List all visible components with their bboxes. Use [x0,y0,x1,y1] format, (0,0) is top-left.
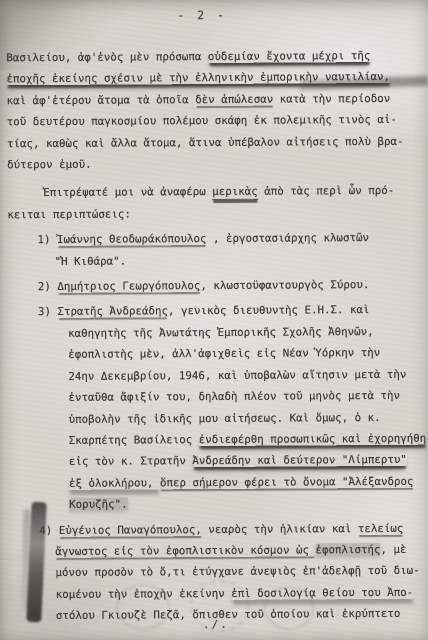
text-line: δύτερον ἐμοῦ. [7,152,423,176]
page-number: - 2 - [0,7,406,23]
text-line: καὶ ἀφ'ἑτέρου ἄτομα τὰ ὁποῖα δὲν ἀπώλεσα… [7,88,423,112]
text-line: τίας, καθὼς καὶ ἄλλα ἄτομα, ἅτινα ὑπέβαλ… [7,130,423,154]
document-body: Βασιλείου, ἀφ'ἑνὸς μὲν πρόσωπα οὐδεμίαν … [6,45,426,627]
text-line: ἐνταῦθα ἄφιξίν του, δηλαδὴ πλέον τοῦ μην… [8,385,424,409]
pencil-marked-text: Ἰωάννης Θεοδωράκόπουλος [57,232,207,246]
text-segment: τίας, καθὼς καὶ ἄλλα ἄτομα, ἅτινα ὑπέβαλ… [7,134,404,149]
text-segment: κατὰ τὴν περίοδον [273,92,390,106]
pencil-marked-text: ἄγνωστος εἰς τὸν ἐφοπλιστικὸν κόσμον ὡς [55,543,315,558]
text-segment: τοῦ δευτέρου παγκοσμίου πολέμου σκάφη ἐκ… [7,113,397,128]
text-segment: ἐφοπλιστὴς μὲν, ἀλλ'ἀφιχθεὶς εἰς Νέαν Ὑό… [68,346,380,361]
text-segment: , ἐργοστασιάρχης κλωστῶν [206,231,369,245]
text-line: μόνον προσὸν τὸ ὅ,τι ἐτύγχανε ἀνεψιὸς ἐπ… [9,560,425,584]
pencil-marked-text: Δημήτριος Γεωργόπουλος [57,279,200,293]
text-segment: εἰς τὸν κ. Στρατῆν [69,454,193,468]
text-segment: ἀπὸ τὰς περὶ ὧν πρό- [258,184,395,198]
text-line: Κορυζῆς". [9,492,425,516]
pencil-marked-text: Εὐγένιος Παναγόπουλος, [59,523,202,537]
text-line: καθηγητὴς τῆς Ἀνωτάτης Ἐμπορικῆς Σχολῆς … [8,321,424,345]
pencil-marked-text: Κορυζῆς". [69,498,128,511]
text-segment: καὶ ἀφ'ἑτέρου ἄτομα τὰ ὁποῖα [7,93,196,107]
text-segment: 24ην Δεκεμβρίου, 1946, καὶ ὑποβαλὼν αἴτη… [68,368,406,383]
text-segment: κειται περιπτώσεις: [7,207,131,221]
text-line: κειται περιπτώσεις: [7,202,423,226]
pencil-marked-text: οὐδεμίαν ἔχοντα μέχρι τῆς [208,49,371,63]
text-segment: "Ἡ Κιθάρα". [55,254,127,267]
text-line: ἐποχῆς ἐκείνης σχέσιν μὲ τὴν ἑλληνικὴν ἐ… [6,66,422,90]
text-segment: Σκαρπέτης Βασίλειος [69,433,199,447]
text-line: ἐξ ὁλοκλήρου, ὅπερ σήμερον φέρει τὸ ὄνομ… [9,470,425,494]
text-line: Βασιλείου, ἀφ'ἑνὸς μὲν πρόσωπα οὐδεμίαν … [6,45,422,69]
pencil-marked-text: δὲν ἀπώλεσαν [195,92,273,105]
text-line: τοῦ δευτέρου παγκοσμίου πολέμου σκάφη ἐκ… [7,109,423,133]
text-segment: δύτερον ἐμοῦ. [7,158,92,172]
text-line: "Ἡ Κιθάρα". [8,248,424,272]
pencil-marked-text: ἐφοπλιστής [315,543,380,556]
text-segment: , γενικὸς διευθυντὴς Ε.Η.Σ. καὶ [168,304,370,318]
pencil-marked-text: τελείως [358,521,404,534]
pencil-marked-text: Ἀνδρεάδην καὶ δεύτερον "Λίμπερτυ" [192,453,407,467]
pencil-marked-text: ἐπὶ δοσιλογίᾳ θείου του Ἀπο- [231,586,413,600]
text-line: ὑποβολὴν τῆς ἰδικῆς μου αἰτήσεως. Καὶ ὅμ… [9,406,425,430]
text-line: 4) Εὐγένιος Παναγόπουλος, νεαρὸς τὴν ἡλι… [9,517,425,541]
paper-sheet: - 2 - Βασιλείου, ἀφ'ἑνὸς μὲν πρόσωπα οὐδ… [0,0,428,640]
document-content: - 2 - Βασιλείου, ἀφ'ἑνὸς μὲν πρόσωπα οὐδ… [0,0,428,640]
text-line: εἰς τὸν κ. Στρατῆν Ἀνδρεάδην καὶ δεύτερο… [9,449,425,473]
text-segment: καθηγητὴς τῆς Ἀνωτάτης Ἐμπορικῆς Σχολῆς … [68,325,374,340]
text-segment: μόνον προσὸν τὸ ὅ,τι ἐτύγχανε ἀνεψιὸς ἐπ… [56,564,420,579]
text-segment: 2) [38,280,58,293]
text-line: 3) Στρατῆς Ἀνδρεάδης, γενικὸς διευθυντὴς… [8,299,424,323]
pencil-marked-text: μερικὰς [212,185,258,200]
text-line: κομένου τὴν ἐποχὴν ἐκείνην ἐπὶ δοσιλογίᾳ… [10,581,426,605]
text-line: 24ην Δεκεμβρίου, 1946, καὶ ὑποβαλὼν αἴτη… [8,363,424,387]
text-line: 2) Δημήτριος Γεωργόπουλος, κλωστοϋφαντου… [8,274,424,298]
text-line: 1) Ἰωάννης Θεοδωράκόπουλος , ἐργοστασιάρ… [7,227,423,251]
end-of-page-mark: ./. [2,617,428,633]
text-line: ἄγνωστος εἰς τὸν ἐφοπλιστικὸν κόσμον ὡς … [9,539,425,563]
pencil-marked-text: ἐξ ὁλοκλήρου, [69,476,160,490]
pencil-marked-text: ἐποχῆς ἐκείνης σχέσιν μὲ τὴν ἑλληνικὴν ἐ… [6,70,390,85]
text-segment: 1) [37,233,57,246]
pencil-marked-text: Στρατῆς Ἀνδρεάδης [57,305,168,319]
text-line: ἐφοπλιστὴς μὲν, ἀλλ'ἀφιχθεὶς εἰς Νέαν Ὑό… [8,342,424,366]
text-segment: 3) [38,305,58,318]
text-segment: νεαρὸς τὴν ἡλικίαν καὶ [202,522,358,536]
text-line: Σκαρπέτης Βασίλειος ἐνδιεφέρθη προσωπικῶ… [9,428,425,452]
pencil-marked-text: ἐνδιεφέρθη προσωπικῶς καὶ ἐχορηγήθη [199,432,427,446]
text-segment: Βασιλείου, ἀφ'ἑνὸς μὲν πρόσωπα [6,50,208,64]
scanned-document-page: { "page": { "number_label": "- 2 -", "en… [0,0,428,640]
text-segment: ἐνταῦθα ἄφιξίν του, δηλαδὴ πλέον τοῦ μην… [68,389,400,404]
text-segment: ὑποβολὴν τῆς ἰδικῆς μου αἰτήσεως. Καὶ ὅμ… [69,410,381,425]
pencil-marked-text: ὅπερ σήμερον φέρει τὸ ὄνομα "Ἀλέξανδρος [160,475,414,490]
text-segment: Ἐπιτρέψατέ μοι νὰ ἀναφέρω [43,185,212,199]
text-line: Ἐπιτρέψατέ μοι νὰ ἀναφέρω μερικὰς ἀπὸ τὰ… [7,180,423,204]
text-segment: κομένου τὴν ἐποχὴν ἐκείνην [56,587,232,601]
text-segment: , μὲ [380,543,406,556]
text-segment: , κλωστοϋφαντουργὸς Σύρου. [200,278,369,292]
